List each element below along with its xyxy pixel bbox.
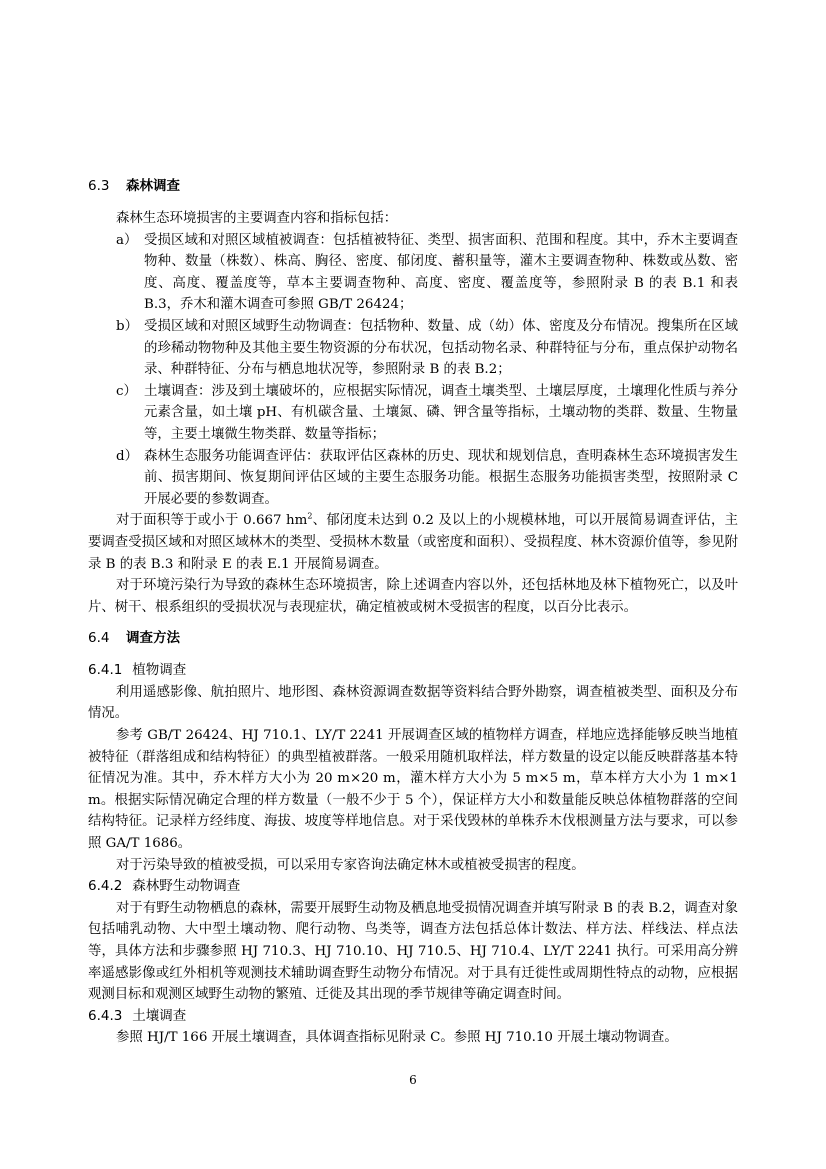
page-number: 6: [0, 1073, 826, 1087]
section-heading-6-3: 6.3森林调查: [88, 176, 738, 198]
subsection-heading-6-4-3: 6.4.3 土壤调查: [88, 1006, 738, 1028]
list-item-b: b） 受损区域和对照区域野生动物调查：包括物种、数量、成（幼）体、密度及分布情况…: [88, 316, 738, 381]
list-marker: b）: [116, 316, 138, 338]
text-run: 对于面积等于或小于 0.667 hm: [116, 513, 307, 528]
paragraph-pollution: 对于环境污染行为导致的森林生态环境损害，除上述调查内容以外，还包括林地及林下植物…: [88, 575, 738, 618]
document-page: 6.3森林调查 森林生态环境损害的主要调查内容和指标包括： a） 受损区域和对照…: [88, 176, 738, 1049]
paragraph: 对于污染导致的植被受损，可以采用专家咨询法确定林木或植被受损害的程度。: [88, 855, 738, 877]
list-item-text: 土壤调查：涉及到土壤破坏的，应根据实际情况，调查土壤类型、土壤层厚度，土壤理化性…: [144, 384, 738, 442]
section-title: 调查方法: [126, 630, 180, 646]
list-item-text: 森林生态服务功能调查评估：获取评估区森林的历史、现状和规划信息，查明森林生态环境…: [144, 449, 738, 507]
subsection-number: 6.4.1: [88, 660, 128, 682]
list-item-a: a） 受损区域和对照区域植被调查：包括植被特征、类型、损害面积、范围和程度。其中…: [88, 230, 738, 316]
section-heading-6-4: 6.4调查方法: [88, 628, 738, 650]
subsection-heading-6-4-2: 6.4.2 森林野生动物调查: [88, 876, 738, 898]
paragraph: 参照 HJ/T 166 开展土壤调查，具体调查指标见附录 C。参照 HJ 710…: [88, 1027, 738, 1049]
subsection-number: 6.4.3: [88, 1006, 128, 1028]
list-item-d: d） 森林生态服务功能调查评估：获取评估区森林的历史、现状和规划信息，查明森林生…: [88, 446, 738, 511]
list-item-c: c） 土壤调查：涉及到土壤破坏的，应根据实际情况，调查土壤类型、土壤层厚度，土壤…: [88, 381, 738, 446]
subsection-number: 6.4.2: [88, 876, 128, 898]
section-number: 6.4: [88, 628, 126, 650]
section-number: 6.3: [88, 176, 126, 198]
subsection-heading-6-4-1: 6.4.1 植物调查: [88, 660, 738, 682]
paragraph: 对于有野生动物栖息的森林，需要开展野生动物及栖息地受损情况调查并填写附录 B 的…: [88, 898, 738, 1006]
list-marker: c）: [116, 381, 137, 403]
list-marker: a）: [116, 230, 137, 252]
paragraph: 参考 GB/T 26424、HJ 710.1、LY/T 2241 开展调查区域的…: [88, 725, 738, 855]
subsection-title: 森林野生动物调查: [132, 878, 240, 894]
paragraph-small-forest: 对于面积等于或小于 0.667 hm2、郁闭度未达到 0.2 及以上的小规模林地…: [88, 510, 738, 575]
list-item-text: 受损区域和对照区域植被调查：包括植被特征、类型、损害面积、范围和程度。其中，乔木…: [144, 233, 738, 313]
section-intro: 森林生态环境损害的主要调查内容和指标包括：: [88, 208, 738, 230]
list-marker: d）: [116, 446, 138, 468]
section-title: 森林调查: [126, 178, 180, 194]
paragraph: 利用遥感影像、航拍照片、地形图、森林资源调查数据等资料结合野外勘察，调查植被类型…: [88, 682, 738, 725]
subsection-title: 植物调查: [132, 662, 186, 678]
subsection-title: 土壤调查: [132, 1008, 186, 1024]
list-item-text: 受损区域和对照区域野生动物调查：包括物种、数量、成（幼）体、密度及分布情况。搜集…: [144, 319, 738, 377]
